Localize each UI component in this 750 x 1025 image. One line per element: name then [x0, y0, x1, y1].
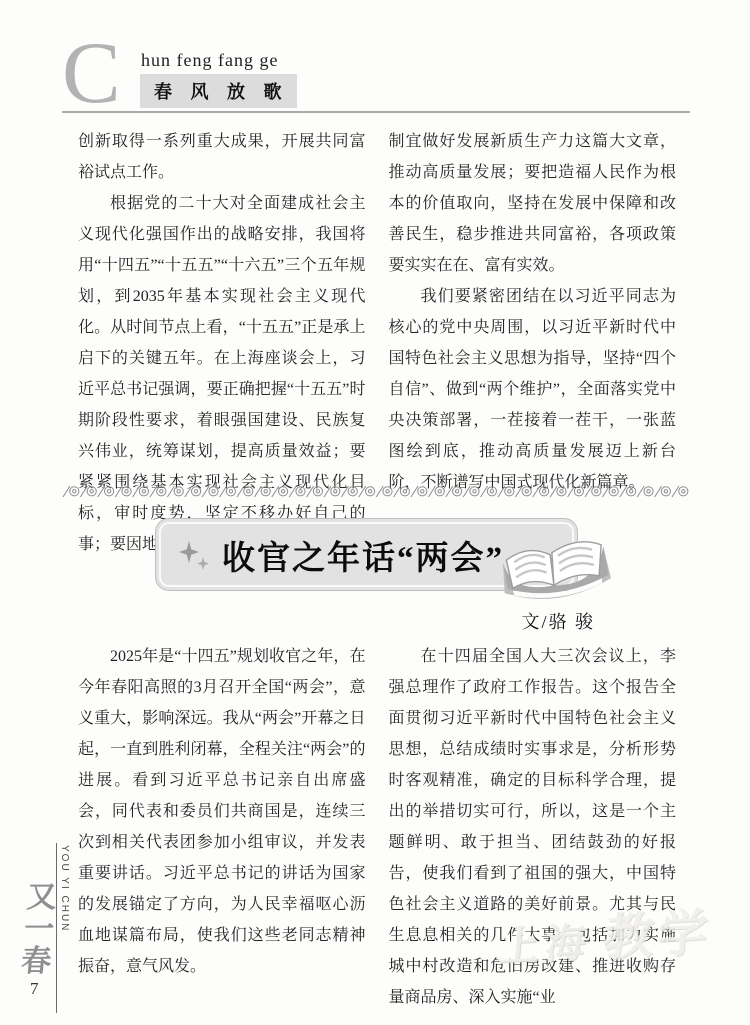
magazine-char: 一 [21, 914, 58, 946]
spiral-wave-divider [62, 483, 690, 501]
drop-cap-letter: C [62, 30, 121, 118]
feature-article-columns: 2025年是“十四五”规划收官之年，在今年春阳高照的3月召开全国“两会”，意义重… [78, 641, 676, 1013]
page-number: 7 [30, 979, 39, 999]
paragraph: 制宜做好发展新质生产力这篇大文章，推动高质量发展；要把造福人民作为根本的价值取向… [389, 126, 677, 281]
header-rule [62, 111, 690, 113]
article-title-banner: 收官之年话“两会” [155, 518, 578, 591]
paragraph: 创新取得一系列重大成果，开展共同富裕试点工作。 [78, 126, 366, 188]
article-title: 收官之年话“两会” [222, 532, 522, 579]
spiral-wave-icon [62, 483, 690, 501]
paragraph: 在十四届全国人大三次会议上，李强总理作了政府工作报告。这个报告全面贯彻习近平新时… [389, 641, 677, 1013]
paragraph: 2025年是“十四五”规划收官之年，在今年春阳高照的3月召开全国“两会”，意义重… [78, 641, 366, 982]
paragraph: 我们要紧密团结在以习近平同志为核心的党中央周围，以习近平新时代中国特色社会主义思… [389, 281, 677, 498]
magazine-title-vertical: 又 一 春 [18, 882, 60, 978]
column-pinyin: hun feng fang ge [141, 50, 278, 71]
feature-column-right: 在十四届全国人大三次会议上，李强总理作了政府工作报告。这个报告全面贯彻习近平新时… [389, 641, 677, 1013]
magazine-char: 春 [18, 946, 55, 978]
column-name-box: 春 风 放 歌 [140, 74, 297, 108]
magazine-char: 又 [23, 882, 60, 914]
magazine-pinyin: YOU YI CHUN [59, 845, 70, 932]
paragraph: 根据党的二十大对全面建成社会主义现代化强国作出的战略安排，我国将用“十四五”“十… [78, 188, 366, 560]
sparkle-icon [178, 541, 214, 577]
byline: 文/骆 骏 [62, 608, 690, 634]
feature-column-left: 2025年是“十四五”规划收官之年，在今年春阳高照的3月召开全国“两会”，意义重… [78, 641, 366, 1013]
magazine-page: C hun feng fang ge 春 风 放 歌 创新取得一系列重大成果，开… [0, 0, 750, 1025]
